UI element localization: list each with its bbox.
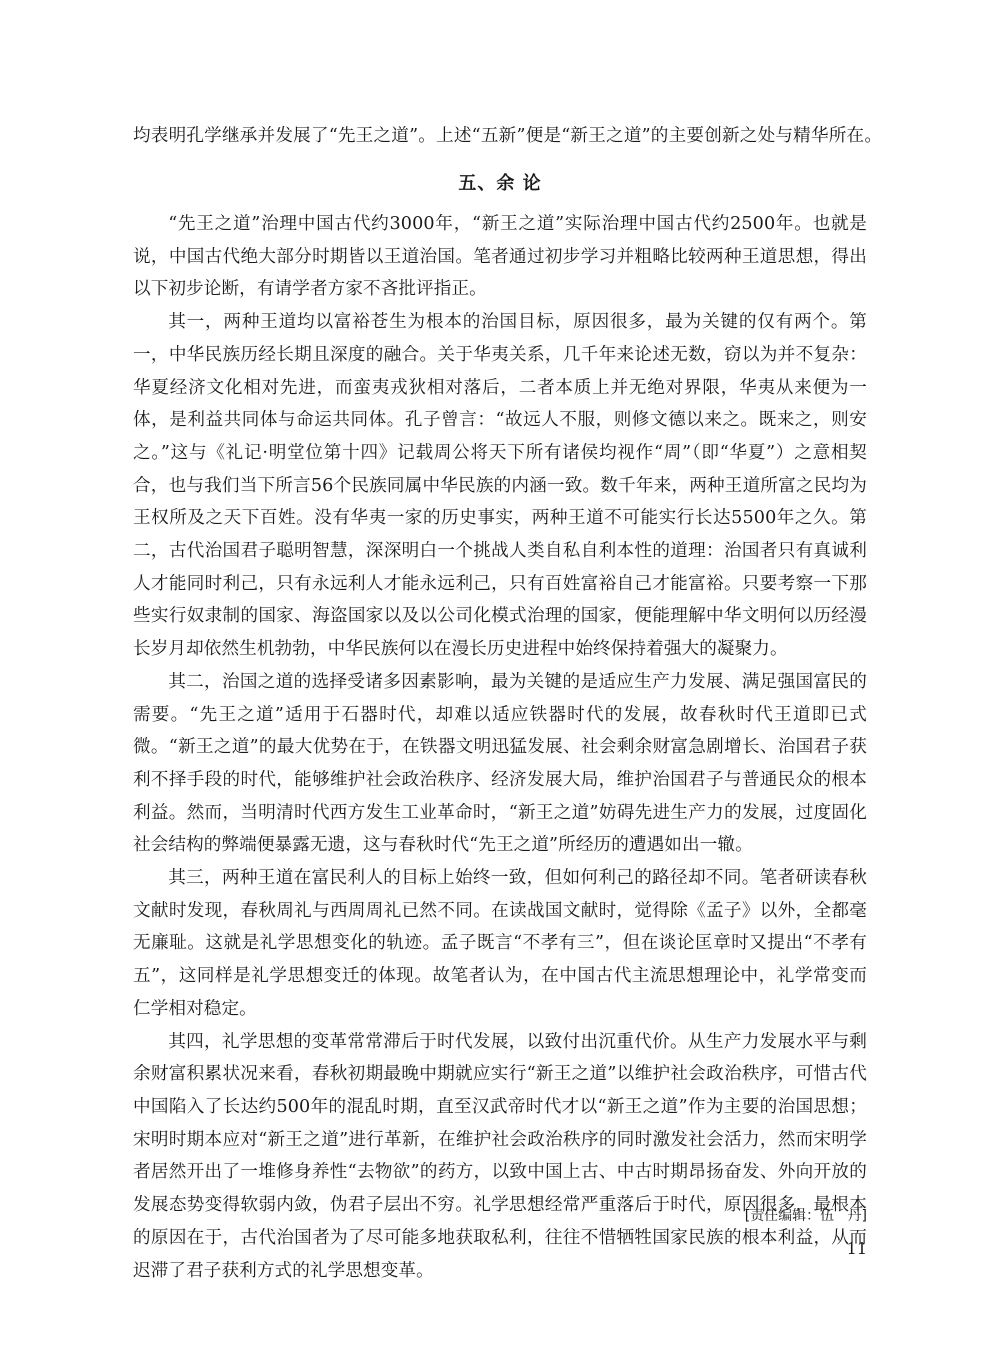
paragraph-point-4: 其四，礼学思想的变革常常滞后于时代发展，以致付出沉重代价。从生产力发展水平与剩余… xyxy=(133,1026,867,1288)
paragraph-intro: “先王之道”治理中国古代约3000年，“新王之道”实际治理中国古代约2500年。… xyxy=(133,208,867,306)
continuation-line: 均表明孔学继承并发展了“先王之道”。上述“五新”便是“新王之道”的主要创新之处与… xyxy=(133,122,867,150)
paragraph-point-1: 其一，两种王道均以富裕苍生为根本的治国目标，原因很多，最为关键的仅有两个。第一，… xyxy=(133,306,867,666)
section-heading: 五、余 论 xyxy=(133,170,867,198)
page-number: 11 xyxy=(847,1237,867,1261)
paragraph-point-2: 其二，治国之道的选择受诸多因素影响，最为关键的是适应生产力发展、满足强国富民的需… xyxy=(133,666,867,862)
section-body: “先王之道”治理中国古代约3000年，“新王之道”实际治理中国古代约2500年。… xyxy=(133,208,867,1287)
editor-note: [责任编辑：伍 丹] xyxy=(745,1204,867,1228)
paragraph-point-3: 其三，两种王道在富民利人的目标上始终一致，但如何利己的路径却不同。笔者研读春秋文… xyxy=(133,862,867,1026)
